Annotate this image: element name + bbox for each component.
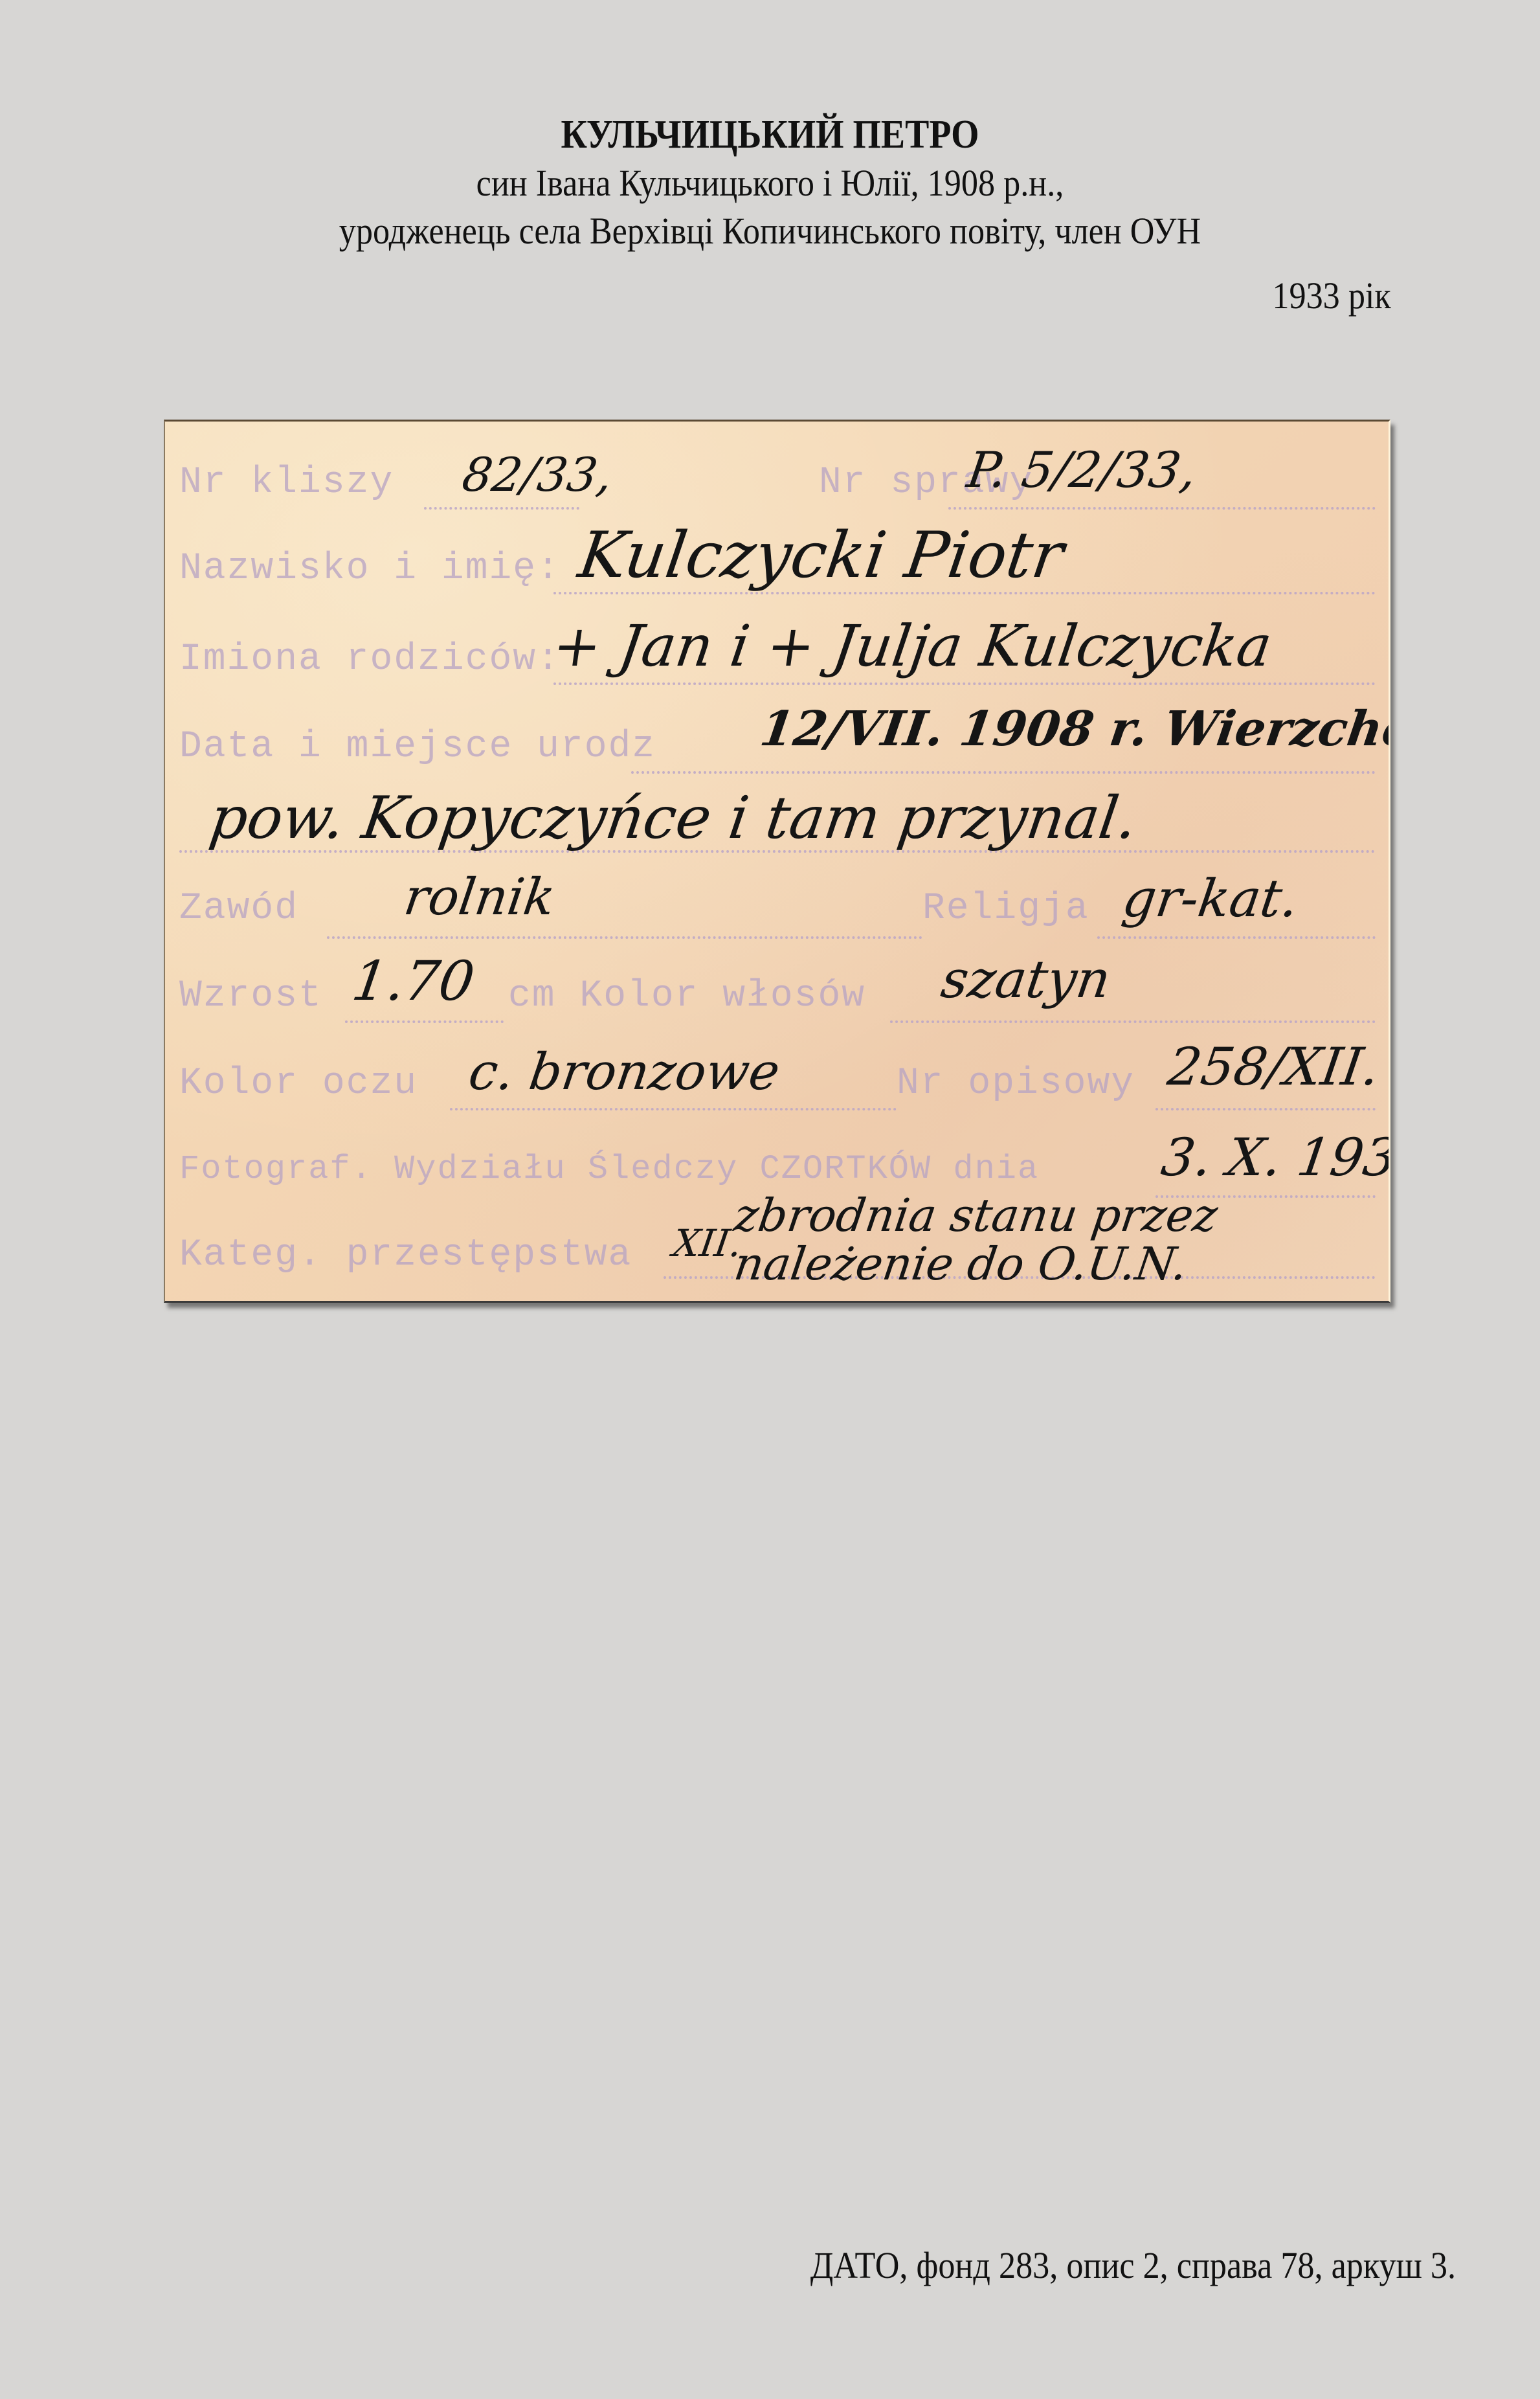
value-data-fotografii: 3. X. 1933, <box>1157 1127 1390 1188</box>
label-kolor-oczu: Kolor oczu <box>179 1063 418 1105</box>
field-rule <box>327 936 922 939</box>
label-religja: Religja <box>922 888 1089 930</box>
value-data-miejsce-urodzenia: 12/VII. 1908 r. Wierzchowce <box>757 701 1390 757</box>
label-imiona-rodzicow: Imiona rodziców: <box>179 638 561 681</box>
label-nazwisko-imie: Nazwisko i imię: <box>179 548 561 590</box>
label-fotograf: Fotograf. Wydziału Śledczy CZORTKÓW dnia <box>179 1150 1039 1188</box>
origin-membership-line: уродженець села Верхівці Копичинського п… <box>77 207 1463 255</box>
label-kolor-wlosow: cm Kolor włosów <box>508 975 865 1017</box>
field-rule <box>890 1020 1376 1023</box>
value-przestepstwo-line1: zbrodnia stanu przez <box>731 1189 1221 1242</box>
value-imiona-rodzicow: + Jan i + Julja Kulczycka <box>549 613 1276 679</box>
field-rule <box>1097 936 1376 939</box>
value-kolor-oczu: c. bronzowe <box>465 1043 783 1101</box>
field-rule <box>345 1020 504 1023</box>
year-line: 1933 рік <box>1273 272 1391 320</box>
person-name-title: КУЛЬЧИЦЬКИЙ ПЕТРО <box>77 110 1463 159</box>
value-nr-opisowy: 258/XII. <box>1164 1037 1383 1097</box>
value-nazwisko-imie: Kulczycki Piotr <box>574 519 1068 592</box>
value-zawod: rolnik <box>401 868 559 927</box>
archive-reference: ДАТО, фонд 283, опис 2, справа 78, аркуш… <box>810 2242 1456 2290</box>
label-nr-opisowy: Nr opisowy <box>897 1063 1135 1105</box>
label-data-miejsce-urodzenia: Data i miejsce urodz <box>179 726 656 768</box>
field-rule <box>553 682 1376 685</box>
value-nr-kliszy: 82/33, <box>459 447 616 502</box>
field-rule <box>450 1108 897 1110</box>
value-religja: gr-kat. <box>1119 868 1302 929</box>
value-wzrost: 1.70 <box>348 949 478 1013</box>
value-powiat: pow. Kopyczyńce i tam przynal. <box>206 784 1142 852</box>
field-rule <box>1155 1108 1376 1110</box>
parents-birth-line: син Івана Кульчицького і Юлії, 1908 р.н.… <box>77 159 1463 207</box>
label-nr-kliszy: Nr kliszy <box>179 462 394 504</box>
value-kolor-wlosow: szatyn <box>937 949 1114 1009</box>
label-zawod: Zawód <box>179 888 298 930</box>
label-kategoria-przestepstwa: Kateg. przestępstwa <box>179 1234 632 1276</box>
field-rule <box>424 507 579 510</box>
police-registration-card: Nr kliszy 82/33, Nr sprawy P. 5/2/33, Na… <box>164 420 1390 1303</box>
document-header: КУЛЬЧИЦЬКИЙ ПЕТРО син Івана Кульчицького… <box>0 110 1540 255</box>
field-rule <box>631 771 1376 774</box>
label-wzrost: Wzrost <box>179 975 322 1017</box>
value-przestepstwo-line2: należenie do O.U.N. <box>731 1237 1190 1290</box>
value-nr-sprawy: P. 5/2/33, <box>964 441 1200 499</box>
field-rule <box>948 507 1376 510</box>
